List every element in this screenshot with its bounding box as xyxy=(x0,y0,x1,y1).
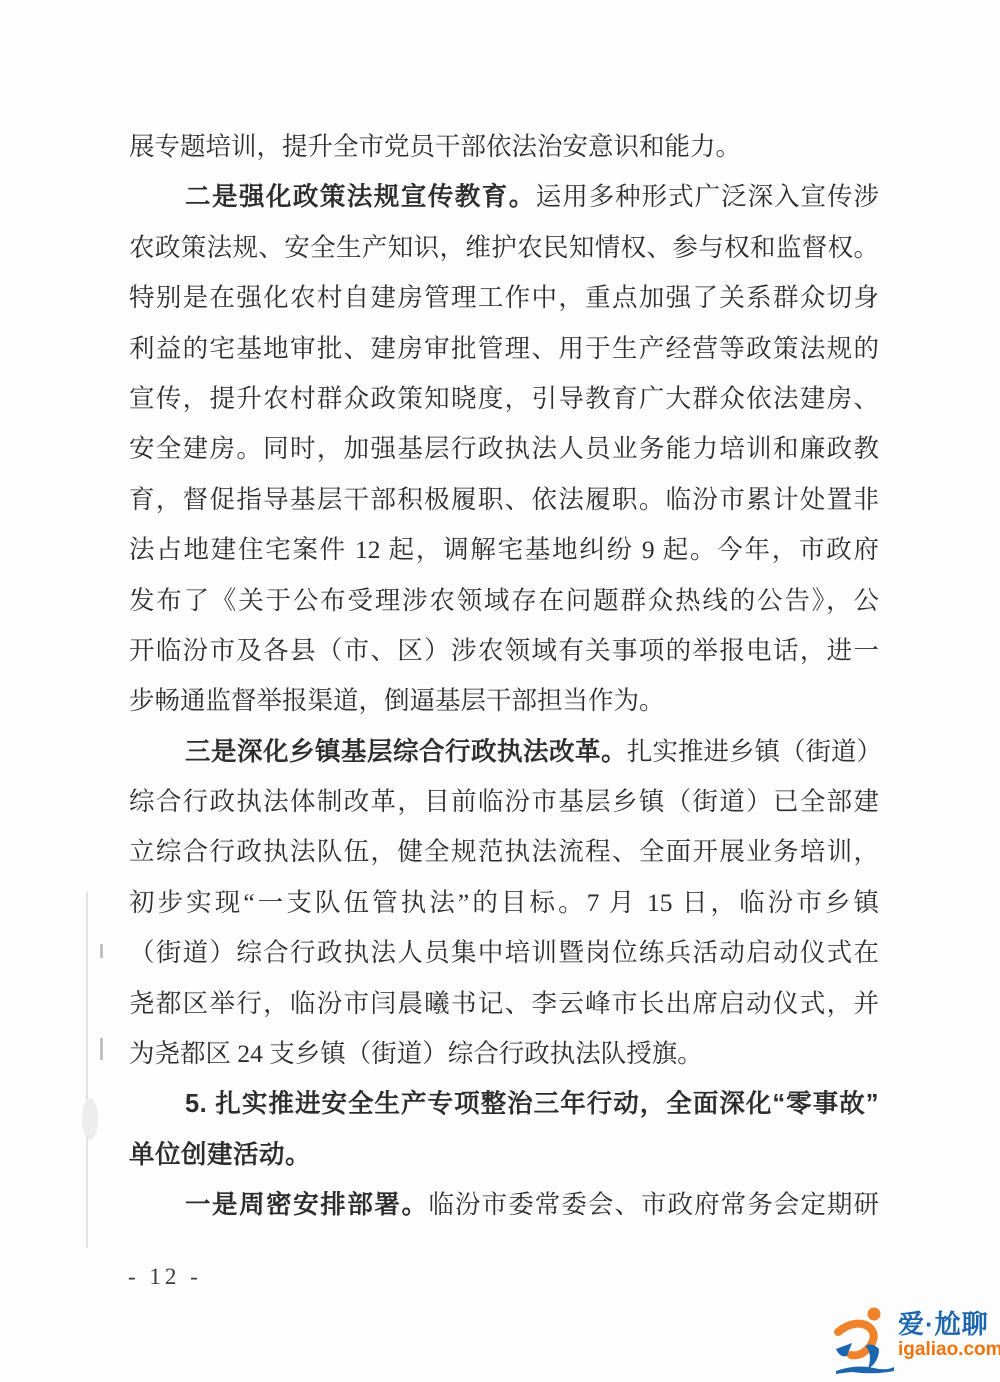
line-text: 为尧都区 24 支乡镇（街道）综合行政执法队授旗。 xyxy=(129,1039,703,1068)
scan-edge-artifact xyxy=(86,892,88,1248)
text-line: 尧都区举行，临汾市闫晨曦书记、李云峰市长出席启动仪式，并 xyxy=(129,979,879,1029)
text-line: （街道）综合行政执法人员集中培训暨岗位练兵活动启动仪式在 xyxy=(129,928,879,978)
text-line: 二是强化政策法规宣传教育。运用多种形式广泛深入宣传涉 xyxy=(129,172,879,222)
page-number: - 12 - xyxy=(128,1264,202,1290)
line-text: 扎实推进乡镇（街道） xyxy=(627,737,879,766)
line-text: 临汾市委常委会、市政府常务会定期研 xyxy=(429,1190,879,1219)
line-text: 立综合行政执法队伍，健全规范执法流程、全面开展业务培训， xyxy=(129,837,879,866)
text-line: 立综合行政执法队伍，健全规范执法流程、全面开展业务培训， xyxy=(129,827,879,877)
line-text: 步畅通监督举报渠道，倒逼基层干部担当作为。 xyxy=(129,686,665,715)
text-line: 综合行政执法体制改革，目前临汾市基层乡镇（街道）已全部建 xyxy=(129,777,879,827)
line-text: （街道）综合行政执法人员集中培训暨岗位练兵活动启动仪式在 xyxy=(129,938,879,967)
text-line: 育，督促指导基层干部积极履职、依法履职。临汾市累计处置非 xyxy=(129,475,879,525)
text-line: 安全建房。同时，加强基层行政执法人员业务能力培训和廉政教 xyxy=(129,424,879,474)
line-text: 展专题培训，提升全市党员干部依法治安意识和能力。 xyxy=(129,132,741,161)
line-text: 运用多种形式广泛深入宣传涉 xyxy=(536,182,879,211)
text-line: 展专题培训，提升全市党员干部依法治安意识和能力。 xyxy=(129,122,879,172)
brand-name-cn: 爱·尬聊 xyxy=(898,1310,1000,1338)
paragraph-lead: 一是周密安排部署。 xyxy=(185,1191,429,1219)
text-line: 单位创建活动。 xyxy=(129,1130,879,1180)
text-line: 5. 扎实推进安全生产专项整治三年行动，全面深化“零事故” xyxy=(129,1079,879,1129)
text-line: 利益的宅基地审批、建房审批管理、用于生产经营等政策法规的 xyxy=(129,324,879,374)
text-line: 为尧都区 24 支乡镇（街道）综合行政执法队授旗。 xyxy=(129,1029,879,1079)
scan-mark-artifact xyxy=(100,1038,103,1060)
line-text: 农政策法规、安全生产知识，维护农民知情权、参与权和监督权。 xyxy=(129,233,879,262)
line-text: 开临汾市及各县（市、区）涉农领域有关事项的举报电话，进一 xyxy=(129,636,879,665)
runner-figure-icon xyxy=(834,1300,896,1378)
paragraph-lead: 单位创建活动。 xyxy=(129,1141,311,1169)
scan-smudge-artifact xyxy=(82,1098,98,1140)
document-text-block: 展专题培训，提升全市党员干部依法治安意识和能力。 二是强化政策法规宣传教育。运用… xyxy=(129,122,879,1231)
text-line: 开临汾市及各县（市、区）涉农领域有关事项的举报电话，进一 xyxy=(129,626,879,676)
line-text: 尧都区举行，临汾市闫晨曦书记、李云峰市长出席启动仪式，并 xyxy=(129,989,879,1018)
scan-mark-artifact xyxy=(100,944,103,958)
text-line: 一是周密安排部署。临汾市委常委会、市政府常务会定期研 xyxy=(129,1180,879,1230)
line-text: 育，督促指导基层干部积极履职、依法履职。临汾市累计处置非 xyxy=(129,485,879,514)
watermark-text: 爱·尬聊 igaliao.com xyxy=(898,1310,1000,1360)
text-line: 法占地建住宅案件 12 起，调解宅基地纠纷 9 起。今年，市政府 xyxy=(129,525,879,575)
text-line: 三是深化乡镇基层综合行政执法改革。扎实推进乡镇（街道） xyxy=(129,727,879,777)
line-text: 特别是在强化农村自建房管理工作中，重点加强了关系群众切身 xyxy=(129,283,879,312)
line-text: 法占地建住宅案件 12 起，调解宅基地纠纷 9 起。今年，市政府 xyxy=(129,535,879,564)
paragraph-lead: 二是强化政策法规宣传教育。 xyxy=(185,183,536,211)
text-line: 初步实现“一支队伍管执法”的目标。7 月 15 日，临汾市乡镇 xyxy=(129,878,879,928)
line-text: 综合行政执法体制改革，目前临汾市基层乡镇（街道）已全部建 xyxy=(129,787,879,816)
text-line: 宣传，提升农村群众政策知晓度，引导教育广大群众依法建房、 xyxy=(129,374,879,424)
text-line: 农政策法规、安全生产知识，维护农民知情权、参与权和监督权。 xyxy=(129,223,879,273)
paragraph-lead: 三是深化乡镇基层综合行政执法改革。 xyxy=(185,738,627,766)
text-line: 特别是在强化农村自建房管理工作中，重点加强了关系群众切身 xyxy=(129,273,879,323)
line-text: 安全建房。同时，加强基层行政执法人员业务能力培训和廉政教 xyxy=(129,434,879,463)
text-line: 步畅通监督举报渠道，倒逼基层干部担当作为。 xyxy=(129,676,879,726)
line-text: 宣传，提升农村群众政策知晓度，引导教育广大群众依法建房、 xyxy=(129,384,879,413)
line-text: 初步实现“一支队伍管执法”的目标。7 月 15 日，临汾市乡镇 xyxy=(129,888,879,917)
line-text: 发布了《关于公布受理涉农领域存在问题群众热线的公告》，公 xyxy=(129,586,879,615)
brand-url: igaliao.com xyxy=(898,1339,1000,1360)
paragraph-lead: 5. 扎实推进安全生产专项整治三年行动，全面深化“零事故” xyxy=(185,1090,879,1118)
text-line: 发布了《关于公布受理涉农领域存在问题群众热线的公告》，公 xyxy=(129,576,879,626)
igaliao-watermark: 爱·尬聊 igaliao.com xyxy=(834,1300,996,1380)
line-text: 利益的宅基地审批、建房审批管理、用于生产经营等政策法规的 xyxy=(129,334,879,363)
